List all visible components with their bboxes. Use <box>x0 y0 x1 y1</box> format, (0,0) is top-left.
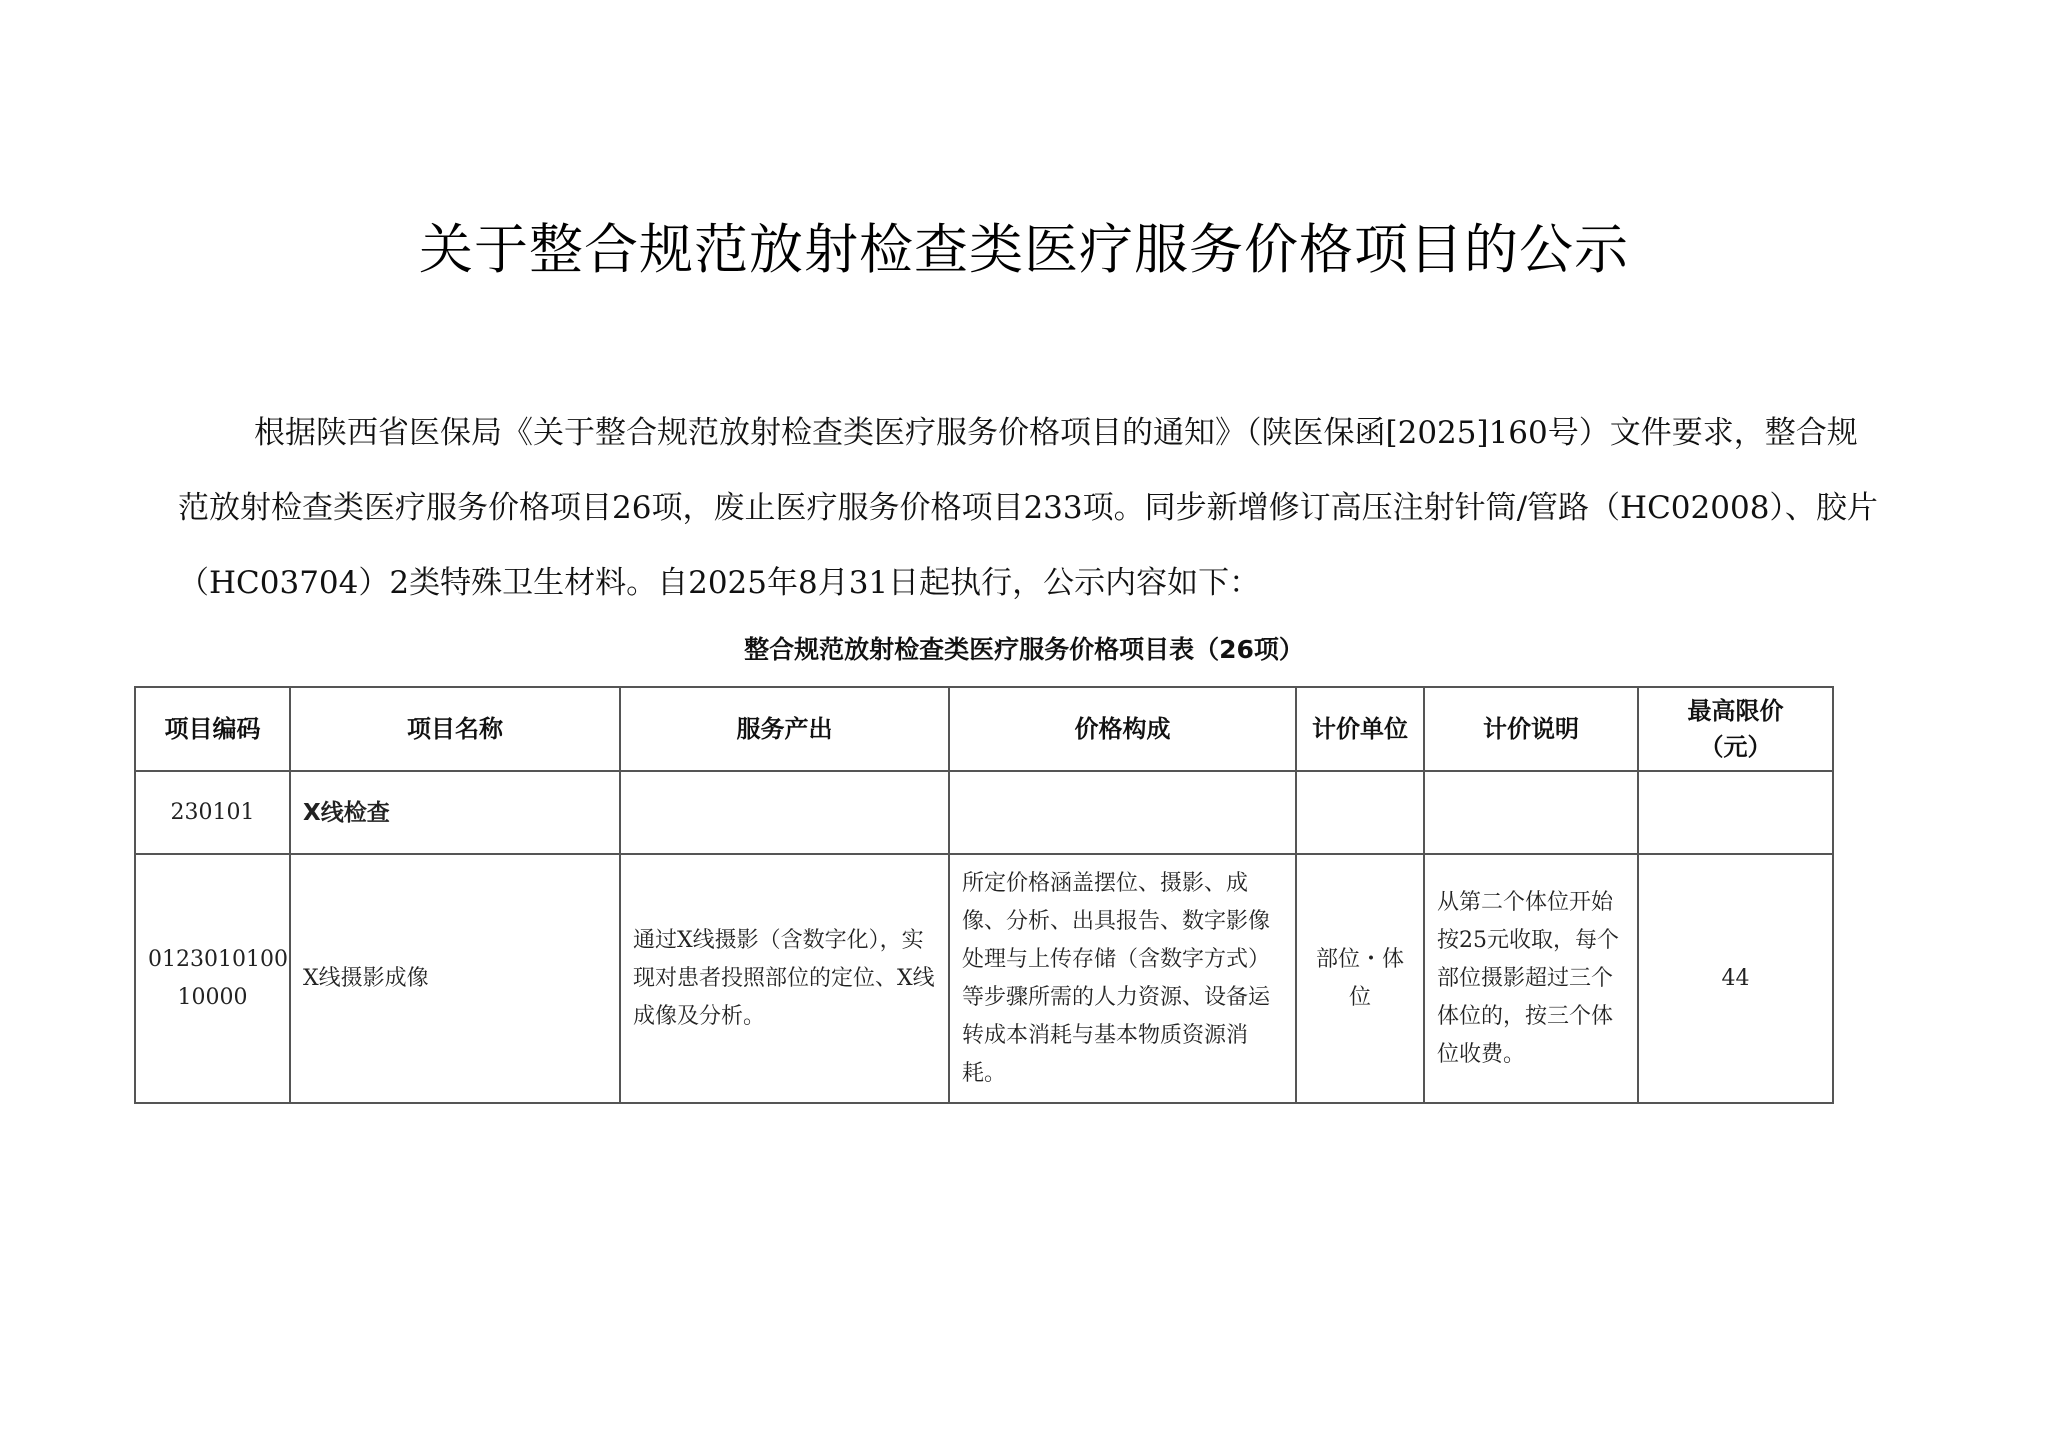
header-price-composition: 价格构成 <box>949 687 1296 771</box>
table-row-category: 230101 X线检查 <box>135 771 1833 854</box>
header-service-output: 服务产出 <box>620 687 949 771</box>
cell-code-line2: 10000 <box>148 979 277 1017</box>
cell-max-price <box>1638 771 1833 854</box>
header-max-price: 最高限价 （元） <box>1638 687 1833 771</box>
cell-service-output: 通过X线摄影（含数字化），实现对患者投照部位的定位、X线成像及分析。 <box>620 854 949 1103</box>
cell-code: 230101 <box>135 771 290 854</box>
header-pricing-note: 计价说明 <box>1424 687 1638 771</box>
cell-max-price: 44 <box>1638 854 1833 1103</box>
header-code: 项目编码 <box>135 687 290 771</box>
table-header-row: 项目编码 项目名称 服务产出 价格构成 计价单位 计价说明 最高限价 （元） <box>135 687 1833 771</box>
cell-name: X线摄影成像 <box>290 854 620 1103</box>
cell-code: 0123010100 10000 <box>135 854 290 1103</box>
header-name: 项目名称 <box>290 687 620 771</box>
header-max-price-line1: 最高限价 <box>1651 693 1820 729</box>
intro-paragraph: 根据陕西省医保局《关于整合规范放射检查类医疗服务价格项目的通知》（陕医保函[20… <box>178 396 1878 621</box>
document-title: 关于整合规范放射检查类医疗服务价格项目的公示 <box>0 214 2048 286</box>
cell-pricing-note <box>1424 771 1638 854</box>
table-row-item: 0123010100 10000 X线摄影成像 通过X线摄影（含数字化），实现对… <box>135 854 1833 1103</box>
table-caption: 整合规范放射检查类医疗服务价格项目表（26项） <box>0 626 2048 674</box>
cell-price-composition <box>949 771 1296 854</box>
cell-name: X线检查 <box>290 771 620 854</box>
cell-code-line1: 0123010100 <box>148 941 277 979</box>
cell-pricing-unit: 部位・体位 <box>1296 854 1424 1103</box>
intro-paragraph-block: 根据陕西省医保局《关于整合规范放射检查类医疗服务价格项目的通知》（陕医保函[20… <box>178 396 1878 621</box>
cell-pricing-unit <box>1296 771 1424 854</box>
header-pricing-unit: 计价单位 <box>1296 687 1424 771</box>
cell-service-output <box>620 771 949 854</box>
price-items-table: 项目编码 项目名称 服务产出 价格构成 计价单位 计价说明 最高限价 （元） 2… <box>134 686 1834 1104</box>
header-max-price-line2: （元） <box>1651 729 1820 765</box>
cell-pricing-note: 从第二个体位开始按25元收取，每个部位摄影超过三个体位的，按三个体位收费。 <box>1424 854 1638 1103</box>
cell-price-composition: 所定价格涵盖摆位、摄影、成像、分析、出具报告、数字影像处理与上传存储（含数字方式… <box>949 854 1296 1103</box>
